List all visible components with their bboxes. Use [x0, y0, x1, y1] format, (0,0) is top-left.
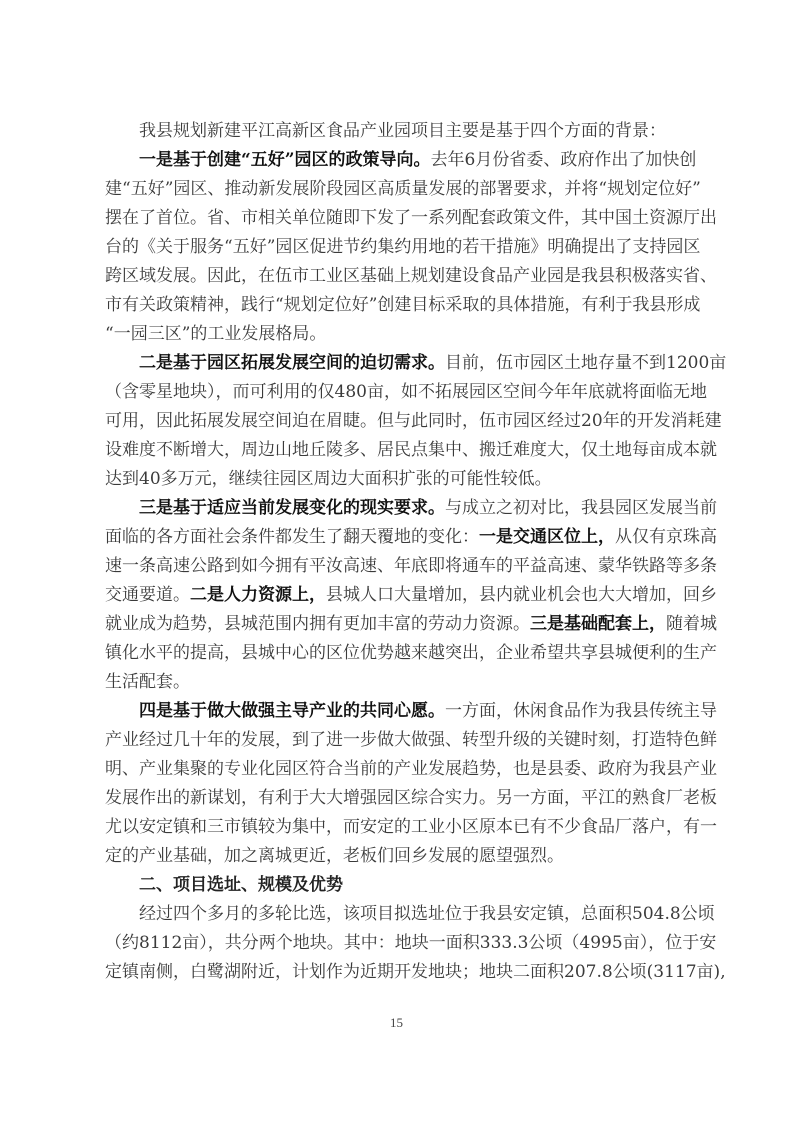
text-run: 交通要道。 — [105, 585, 190, 605]
text-line: 就业成为趋势，县城范围内拥有更加丰富的劳动力资源。三是基础配套上，随着城 — [105, 612, 688, 636]
text-line: 明、产业集聚的专业化园区符合当前的产业发展趋势，也是县委、政府为我县产业 — [105, 757, 688, 781]
text-line: 设难度不断增大，周边山地丘陵多、居民点集中、搬迁难度大，仅土地每亩成本就 — [105, 438, 688, 462]
text-line: 发展作出的新谋划，有利于大大增强园区综合实力。另一方面，平江的熟食厂老板 — [105, 786, 688, 810]
text-line: 尤以安定镇和三市镇较为集中，而安定的工业小区原本已有不少食品厂落户，有一 — [105, 815, 688, 839]
bold-lead-phrase: 一是基于创建“五好”园区的政策导向。 — [139, 150, 431, 170]
bold-lead-phrase: 四是基于做大做强主导产业的共同心愿。 — [139, 701, 445, 721]
text-line: 镇化水平的提高，县城中心的区位优势越来越突出，企业希望共享县城便利的生产 — [105, 641, 688, 665]
text-run: 台的《关于服务“五好”园区促进节约集约用地的若干措施》明确提出了支持园区 — [105, 237, 700, 257]
text-line: （约8112亩），共分两个地块。其中：地块一面积333.3公顷（4995亩），位… — [105, 931, 688, 955]
text-run: 尤以安定镇和三市镇较为集中，而安定的工业小区原本已有不少食品厂落户，有一 — [105, 817, 717, 837]
text-line: 跨区域发展。因此，在伍市工业区基础上规划建设食品产业园是我县积极落实省、 — [105, 264, 688, 288]
text-line: （含零星地块），而可利用的仅480亩，如不拓展园区空间今年年底就将面临无地 — [105, 380, 688, 404]
text-run: 就业成为趋势，县城范围内拥有更加丰富的劳动力资源。 — [105, 614, 530, 634]
text-run: 明、产业集聚的专业化园区符合当前的产业发展趋势，也是县委、政府为我县产业 — [105, 759, 717, 779]
text-run: 建“五好”园区、推动新发展阶段园区高质量发展的部署要求，并将“规划定位好” — [105, 179, 701, 199]
text-run: 跨区域发展。因此，在伍市工业区基础上规划建设食品产业园是我县积极落实省、 — [105, 266, 717, 286]
text-line: 速一条高速公路到如今拥有平汝高速、年底即将通车的平益高速、蒙华铁路等多条 — [105, 554, 688, 578]
text-line: 产业经过几十年的发展，到了进一步做大做强、转型升级的关键时刻，打造特色鲜 — [105, 728, 688, 752]
text-line: 三是基于适应当前发展变化的现实要求。与成立之初对比，我县园区发展当前 — [139, 496, 688, 520]
text-run: 速一条高速公路到如今拥有平汝高速、年底即将通车的平益高速、蒙华铁路等多条 — [105, 556, 717, 576]
bold-lead-phrase: 二是基于园区拓展发展空间的迫切需求。 — [139, 353, 445, 373]
bold-lead-phrase: 二是人力资源上， — [190, 585, 326, 605]
text-run: 定的产业基础，加之离城更近，老板们回乡发展的愿望强烈。 — [105, 846, 564, 866]
text-run: （含零星地块），而可利用的仅480亩，如不拓展园区空间今年年底就将面临无地 — [105, 382, 707, 402]
text-line: 可用，因此拓展发展空间迫在眉睫。但与此同时，伍市园区经过20年的开发消耗建 — [105, 409, 688, 433]
text-run: “一园三区”的工业发展格局。 — [105, 324, 326, 344]
text-run: 目前，伍市园区土地存量不到1200亩 — [445, 353, 726, 373]
text-run: 设难度不断增大，周边山地丘陵多、居民点集中、搬迁难度大，仅土地每亩成本就 — [105, 440, 717, 460]
text-line: 定镇南侧，白鹭湖附近，计划作为近期开发地块；地块二面积207.8公顷(3117亩… — [105, 960, 688, 984]
page-number: 15 — [0, 1015, 793, 1031]
text-run: 产业经过几十年的发展，到了进一步做大做强、转型升级的关键时刻，打造特色鲜 — [105, 730, 717, 750]
text-run: 生活配套。 — [105, 672, 190, 692]
text-run: 经过四个多月的多轮比选，该项目拟选址位于我县安定镇，总面积504.8公顷 — [139, 904, 715, 924]
bold-lead-phrase: 三是基础配套上， — [530, 614, 666, 634]
text-line: “一园三区”的工业发展格局。 — [105, 322, 688, 346]
document-page: 我县规划新建平江高新区食品产业园项目主要是基于四个方面的背景：一是基于创建“五好… — [0, 0, 793, 1122]
text-run: 发展作出的新谋划，有利于大大增强园区综合实力。另一方面，平江的熟食厂老板 — [105, 788, 717, 808]
text-run: （约8112亩），共分两个地块。其中：地块一面积333.3公顷（4995亩），位… — [105, 933, 716, 953]
text-line: 四是基于做大做强主导产业的共同心愿。一方面，休闲食品作为我县传统主导 — [139, 699, 688, 723]
bold-lead-phrase: 三是基于适应当前发展变化的现实要求。 — [139, 498, 445, 518]
bold-lead-phrase: 一是交通区位上， — [479, 527, 615, 547]
text-run: 面临的各方面社会条件都发生了翻天覆地的变化： — [105, 527, 479, 547]
text-run: 我县规划新建平江高新区食品产业园项目主要是基于四个方面的背景： — [139, 121, 666, 141]
text-line: 面临的各方面社会条件都发生了翻天覆地的变化：一是交通区位上，从仅有京珠高 — [105, 525, 688, 549]
text-run: 随着城 — [666, 614, 717, 634]
text-line: 一是基于创建“五好”园区的政策导向。去年6月份省委、政府作出了加快创 — [139, 148, 688, 172]
text-line: 定的产业基础，加之离城更近，老板们回乡发展的愿望强烈。 — [105, 844, 688, 868]
text-line: 经过四个多月的多轮比选，该项目拟选址位于我县安定镇，总面积504.8公顷 — [139, 902, 688, 926]
text-run: 市有关政策精神，践行“规划定位好”创建目标采取的具体措施，有利于我县形成 — [105, 295, 700, 315]
text-run: 一方面，休闲食品作为我县传统主导 — [445, 701, 717, 721]
text-run: 从仅有京珠高 — [615, 527, 717, 547]
text-line: 生活配套。 — [105, 670, 688, 694]
text-line: 交通要道。二是人力资源上，县城人口大量增加，县内就业机会也大大增加，回乡 — [105, 583, 688, 607]
text-run: 县城人口大量增加，县内就业机会也大大增加，回乡 — [326, 585, 717, 605]
text-line: 摆在了首位。省、市相关单位随即下发了一系列配套政策文件，其中国土资源厅出 — [105, 206, 688, 230]
section-heading: 二、项目选址、规模及优势 — [139, 873, 688, 897]
text-run: 与成立之初对比，我县园区发展当前 — [445, 498, 717, 518]
text-run: 二、项目选址、规模及优势 — [139, 875, 343, 895]
text-run: 去年6月份省委、政府作出了加快创 — [431, 150, 697, 170]
text-run: 达到40多万元，继续往园区周边大面积扩张的可能性较低。 — [105, 469, 552, 489]
text-line: 建“五好”园区、推动新发展阶段园区高质量发展的部署要求，并将“规划定位好” — [105, 177, 688, 201]
text-line: 我县规划新建平江高新区食品产业园项目主要是基于四个方面的背景： — [139, 119, 688, 143]
text-line: 达到40多万元，继续往园区周边大面积扩张的可能性较低。 — [105, 467, 688, 491]
text-run: 镇化水平的提高，县城中心的区位优势越来越突出，企业希望共享县城便利的生产 — [105, 643, 717, 663]
text-run: 摆在了首位。省、市相关单位随即下发了一系列配套政策文件，其中国土资源厅出 — [105, 208, 717, 228]
text-line: 二是基于园区拓展发展空间的迫切需求。目前，伍市园区土地存量不到1200亩 — [139, 351, 688, 375]
text-line: 台的《关于服务“五好”园区促进节约集约用地的若干措施》明确提出了支持园区 — [105, 235, 688, 259]
text-line: 市有关政策精神，践行“规划定位好”创建目标采取的具体措施，有利于我县形成 — [105, 293, 688, 317]
text-run: 定镇南侧，白鹭湖附近，计划作为近期开发地块；地块二面积207.8公顷(3117亩… — [105, 962, 726, 982]
text-run: 可用，因此拓展发展空间迫在眉睫。但与此同时，伍市园区经过20年的开发消耗建 — [105, 411, 722, 431]
